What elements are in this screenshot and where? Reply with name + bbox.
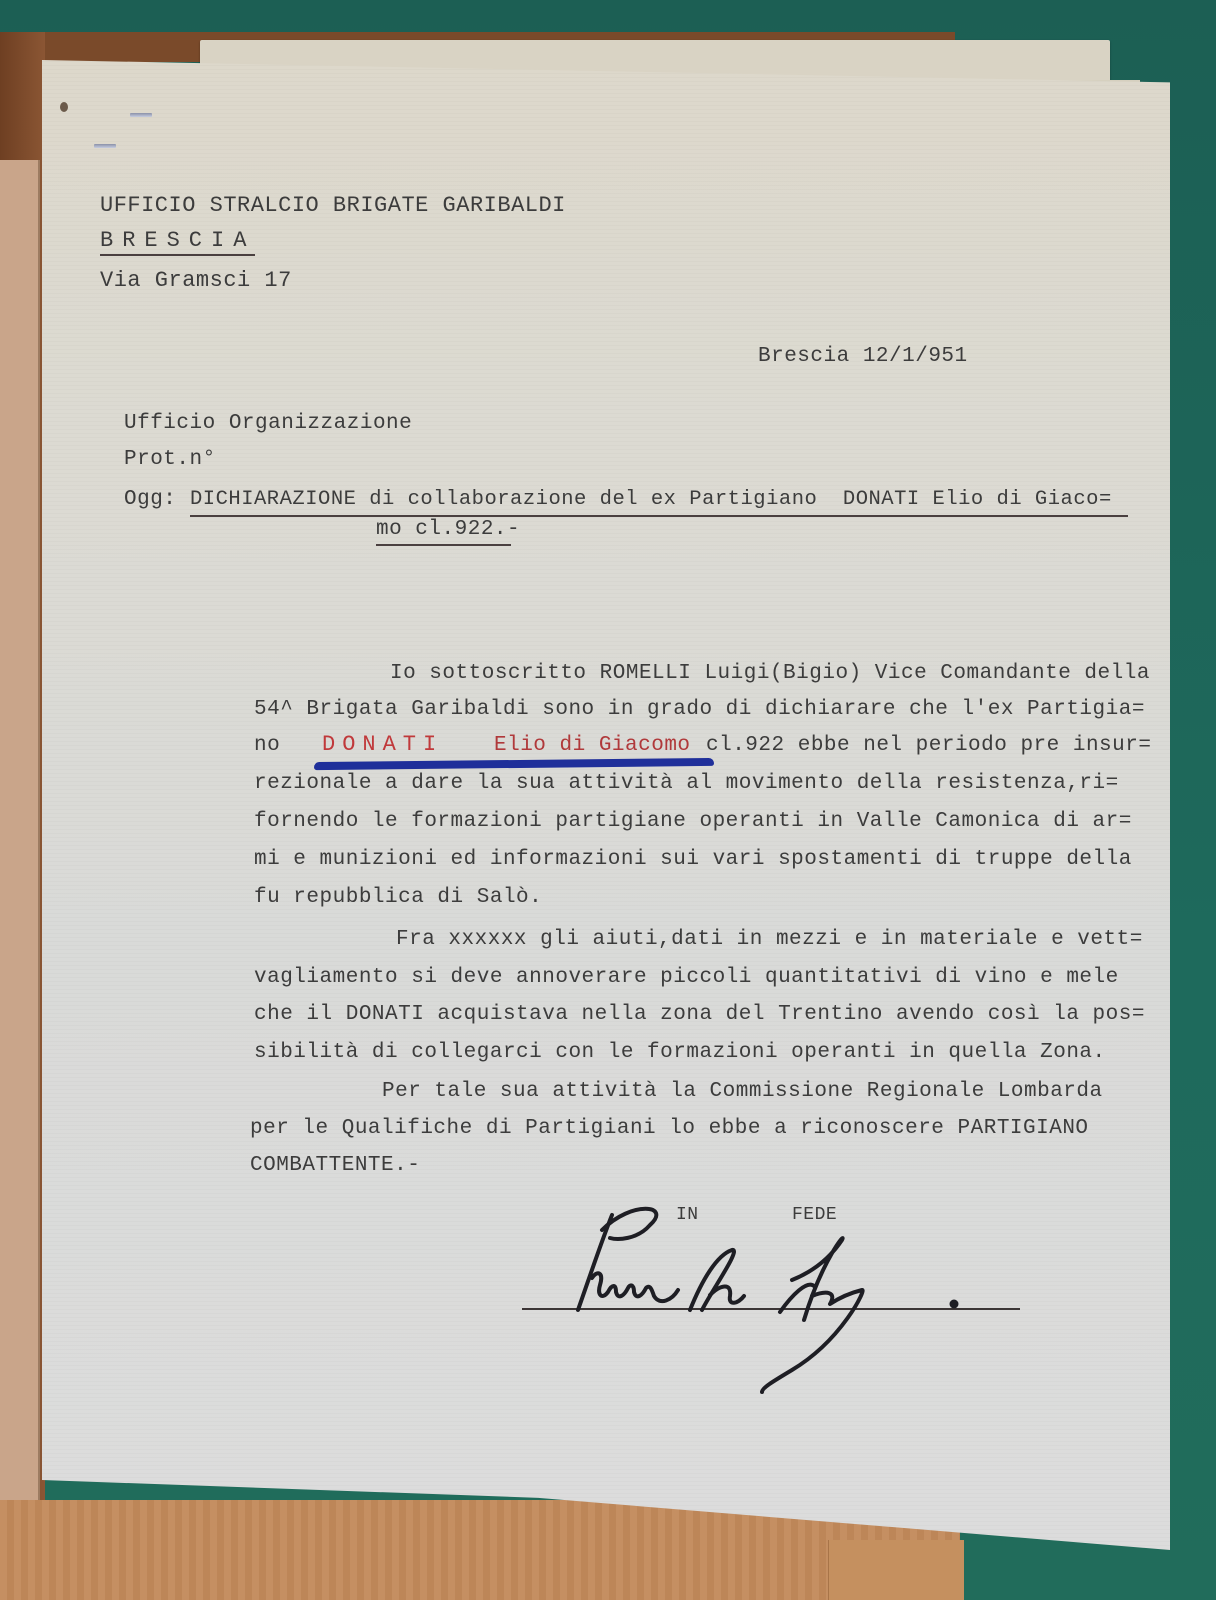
body-line: vagliamento si deve annoverare piccoli q… <box>254 966 1119 989</box>
body-line: per le Qualifiche di Partigiani lo ebbe … <box>250 1117 1089 1140</box>
subject-line-1: DICHIARAZIONE di collaborazione del ex P… <box>190 488 1112 511</box>
body-line: no <box>254 734 280 757</box>
folder-edge <box>0 160 40 1510</box>
document-page: UFFICIO STRALCIO BRIGATE GARIBALDI BRESC… <box>42 60 1170 1550</box>
body-line: fornendo le formazioni partigiane operan… <box>254 810 1132 833</box>
protocol-number: Prot.n° <box>124 448 216 471</box>
body-line: Per tale sua attività la Commissione Reg… <box>382 1080 1103 1103</box>
letterhead-address: Via Gramsci 17 <box>100 268 292 293</box>
letterhead-city: BRESCIA <box>100 228 255 256</box>
department: Ufficio Organizzazione <box>124 412 412 435</box>
letterhead-office: UFFICIO STRALCIO BRIGATE GARIBALDI <box>100 193 566 218</box>
handwritten-signature <box>542 1200 962 1400</box>
body-line: che il DONATI acquistava nella zona del … <box>254 1003 1145 1026</box>
body-line: 54^ Brigata Garibaldi sono in grado di d… <box>254 698 1145 721</box>
body-line: COMBATTENTE.- <box>250 1154 420 1177</box>
body-line: fu repubblica di Salò. <box>254 886 542 909</box>
subject-line-2: mo cl.922.- <box>376 518 520 541</box>
place-date: Brescia 12/1/951 <box>758 345 968 368</box>
highlighted-given-name: Elio di Giacomo <box>494 734 691 757</box>
subject-label: Ogg: <box>124 488 176 511</box>
body-line: rezionale a dare la sua attività al movi… <box>254 772 1119 795</box>
staple-icon <box>94 144 116 148</box>
body-line: Io sottoscritto ROMELLI Luigi(Bigio) Vic… <box>390 662 1150 685</box>
punch-hole-icon <box>60 102 68 112</box>
subject-underline <box>190 515 1128 517</box>
body-line: mi e munizioni ed informazioni sui vari … <box>254 848 1132 871</box>
staple-icon <box>130 113 152 117</box>
subject-underline-2 <box>376 544 511 546</box>
highlighted-surname: DONATI <box>322 732 443 757</box>
body-line: sibilità di collegarci con le formazioni… <box>254 1041 1106 1064</box>
blue-pencil-underline <box>314 758 714 770</box>
body-line: cl.922 ebbe nel periodo pre insur= <box>706 734 1151 757</box>
body-line: Fra xxxxxx gli aiuti,dati in mezzi e in … <box>396 928 1143 951</box>
desk-plank <box>828 1540 964 1600</box>
